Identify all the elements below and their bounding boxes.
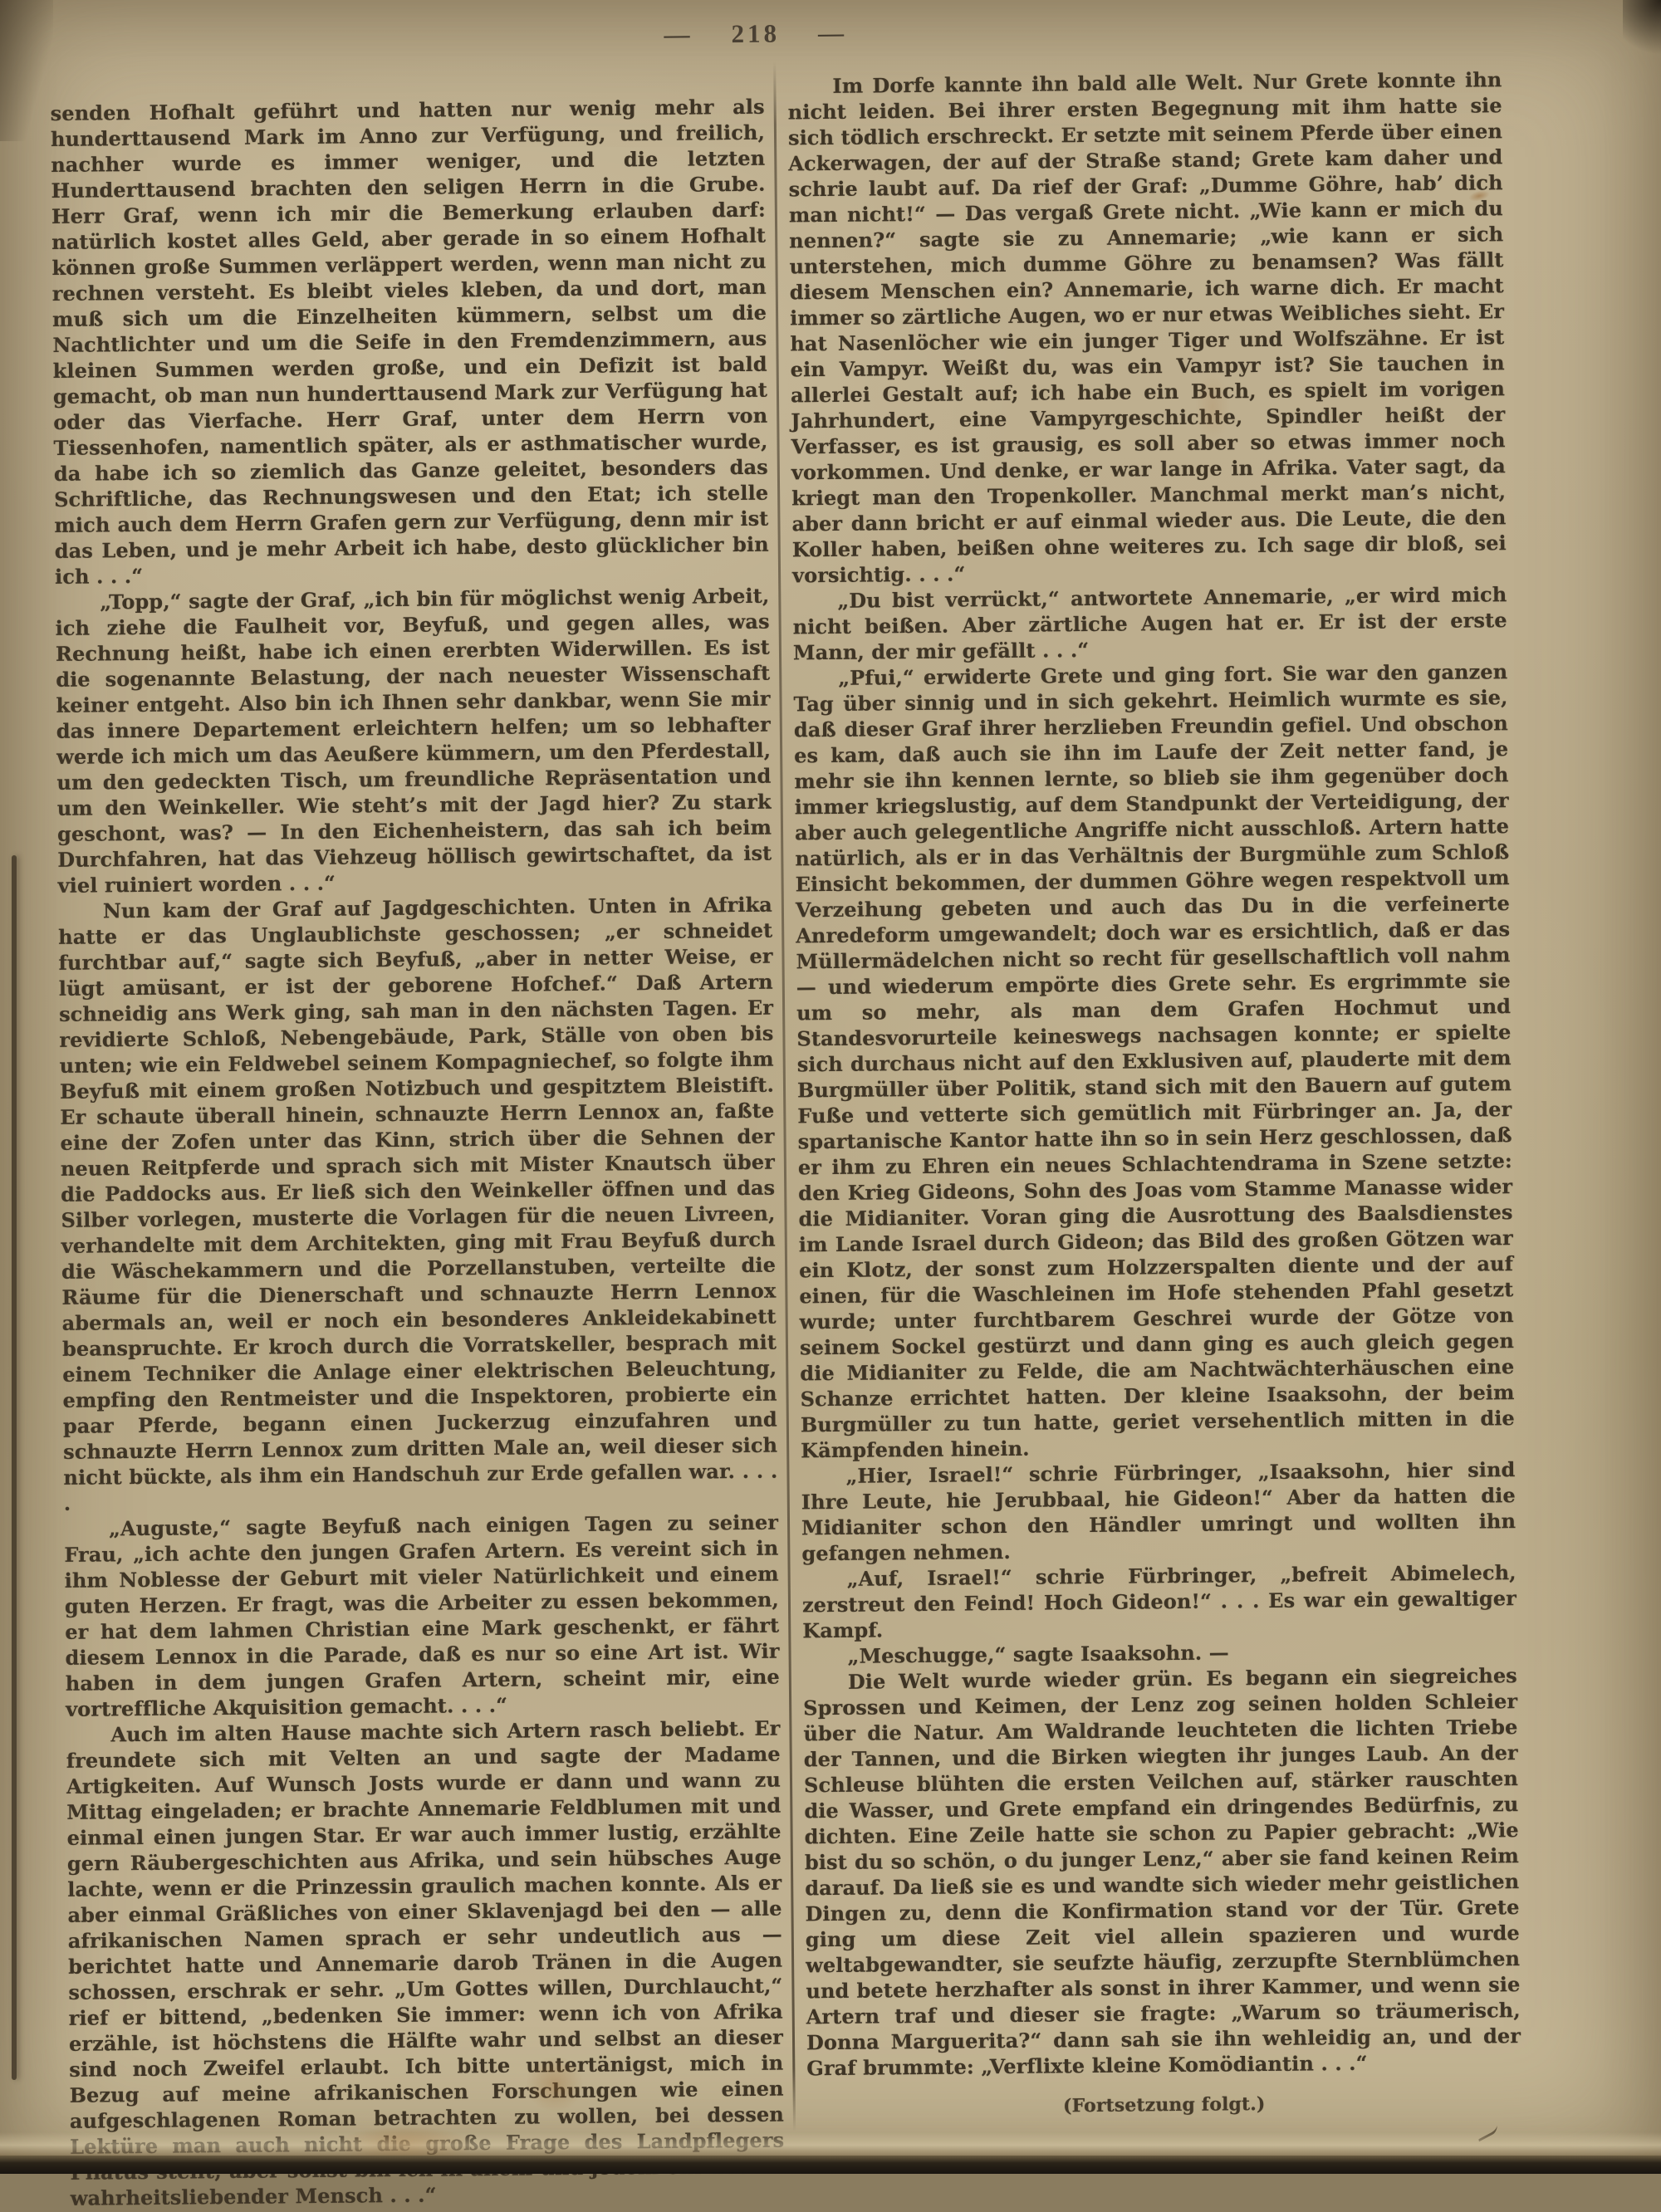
paragraph: „Auguste,“ sagte Beyfuß nach einigen Tag…	[64, 1510, 780, 1722]
scanned-page-background: —218— senden Hofhalt geführt und hatten …	[0, 0, 1661, 2174]
paragraph: Im Dorfe kannte ihn bald alle Welt. Nur …	[787, 66, 1507, 588]
scan-bottom-shadow	[0, 2156, 1661, 2174]
paragraph: „Hier, Israel!“ schrie Fürbringer, „Isaa…	[801, 1456, 1516, 1566]
paragraph: senden Hofhalt geführt und hatten nur we…	[51, 94, 770, 590]
page-bottom-edge	[0, 2132, 1661, 2156]
text-column-left: senden Hofhalt geführt und hatten nur we…	[51, 94, 785, 2174]
paragraph: Die Welt wurde wieder grün. Es begann ei…	[803, 1662, 1521, 2081]
paragraph: „Du bist verrückt,“ antwortete Annemarie…	[792, 581, 1507, 665]
page-edge-line	[12, 855, 17, 2080]
page-content: —218— senden Hofhalt geführt und hatten …	[0, 0, 1661, 2174]
continuation-note: (Fortsetzung folgt.)	[807, 2089, 1521, 2121]
scan-corner-shadow	[1623, 0, 1661, 58]
paragraph: „Auf, Israel!“ schrie Fürbringer, „befre…	[802, 1559, 1517, 1643]
scan-corner-shadow	[0, 0, 53, 141]
paragraph: Nun kam der Graf auf Jagdgeschichten. Un…	[58, 892, 778, 1516]
page-header: —218—	[50, 12, 1462, 56]
paragraph: „Topp,“ sagte der Graf, „ich bin für mög…	[55, 583, 772, 898]
header-dash-left: —	[664, 20, 693, 50]
text-column-right: Im Dorfe kannte ihn bald alle Welt. Nur …	[787, 66, 1521, 2121]
paragraph: Auch im alten Hause machte sich Artern r…	[66, 1715, 785, 2174]
paragraph: „Pfui,“ erwiderte Grete und ging fort. S…	[793, 658, 1515, 1463]
page-number: 218	[731, 19, 780, 49]
header-dash-right: —	[818, 18, 847, 48]
